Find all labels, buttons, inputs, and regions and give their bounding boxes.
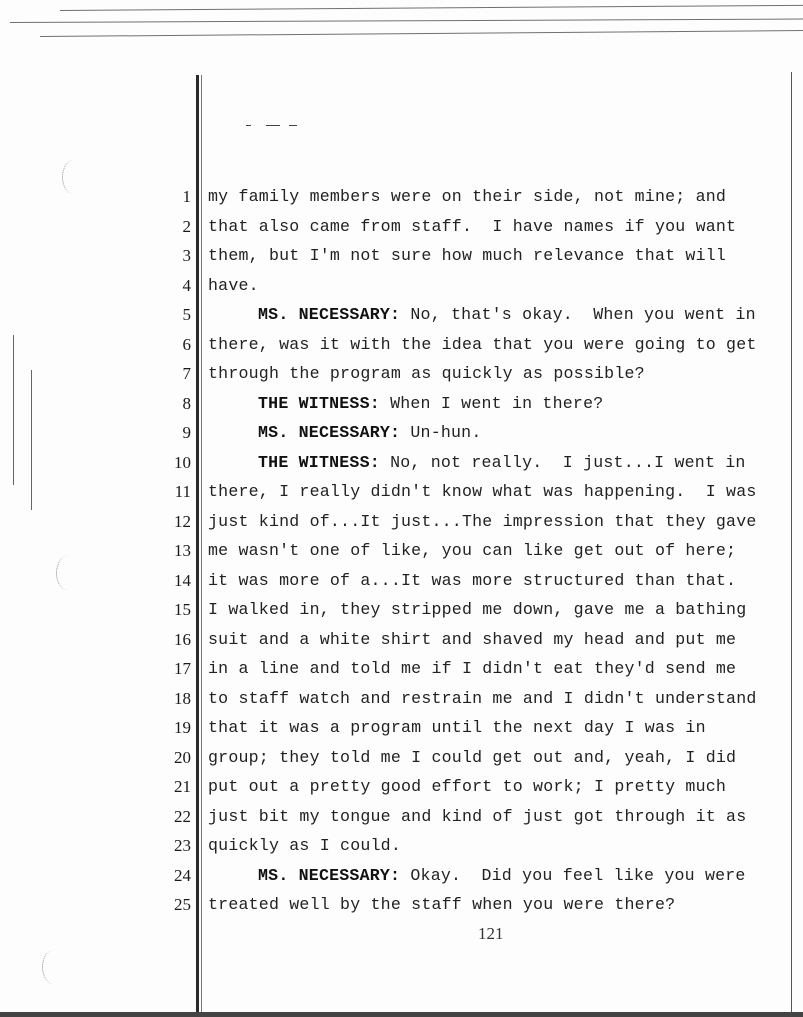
line-number: 19 <box>151 718 191 738</box>
transcript-line: 24MS. NECESSARY: Okay. Did you feel like… <box>0 866 803 892</box>
line-content: put out a pretty good effort to work; I … <box>208 777 726 796</box>
line-text: there, I really didn't know what was hap… <box>208 482 757 501</box>
line-content: Okay. Did you feel like you were <box>400 866 745 885</box>
header-dash <box>266 125 280 126</box>
transcript-line: 7through the program as quickly as possi… <box>0 364 803 390</box>
line-number: 18 <box>151 689 191 709</box>
line-number: 15 <box>151 600 191 620</box>
line-text: MS. NECESSARY: No, that's okay. When you… <box>258 305 756 324</box>
binder-hole-mark <box>42 950 65 984</box>
line-text: through the program as quickly as possib… <box>208 364 645 383</box>
line-content: group; they told me I could get out and,… <box>208 748 736 767</box>
line-content: No, not really. I just...I went in <box>380 453 746 472</box>
line-text: them, but I'm not sure how much relevanc… <box>208 246 726 265</box>
transcript-line: 3them, but I'm not sure how much relevan… <box>0 246 803 272</box>
transcript-line: 15I walked in, they stripped me down, ga… <box>0 600 803 626</box>
line-text: I walked in, they stripped me down, gave… <box>208 600 746 619</box>
line-number: 25 <box>151 895 191 915</box>
line-number: 14 <box>151 571 191 591</box>
line-content: quickly as I could. <box>208 836 401 855</box>
line-content: them, but I'm not sure how much relevanc… <box>208 246 726 265</box>
line-content: that it was a program until the next day… <box>208 718 706 737</box>
speaker-label: THE WITNESS: <box>258 453 380 472</box>
line-content: in a line and told me if I didn't eat th… <box>208 659 736 678</box>
line-text: it was more of a...It was more structure… <box>208 571 736 590</box>
line-number: 6 <box>151 335 191 355</box>
scan-artifact-line <box>40 30 803 37</box>
line-text: THE WITNESS: When I went in there? <box>258 394 603 413</box>
line-text: MS. NECESSARY: Un-hun. <box>258 423 481 442</box>
line-content: just kind of...It just...The impression … <box>208 512 757 531</box>
line-content: me wasn't one of like, you can like get … <box>208 541 736 560</box>
transcript-line: 25treated well by the staff when you wer… <box>0 895 803 921</box>
line-text: my family members were on their side, no… <box>208 187 726 206</box>
speaker-label: MS. NECESSARY: <box>258 305 400 324</box>
line-content: Un-hun. <box>400 423 481 442</box>
line-number: 2 <box>151 217 191 237</box>
scan-artifact-line <box>60 5 803 11</box>
line-text: just kind of...It just...The impression … <box>208 512 757 531</box>
transcript-line: 9MS. NECESSARY: Un-hun. <box>0 423 803 449</box>
line-number: 7 <box>151 364 191 384</box>
line-text: group; they told me I could get out and,… <box>208 748 736 767</box>
line-content: there, was it with the idea that you wer… <box>208 335 757 354</box>
speaker-label: MS. NECESSARY: <box>258 866 400 885</box>
line-content: just bit my tongue and kind of just got … <box>208 807 746 826</box>
transcript-line: 2that also came from staff. I have names… <box>0 217 803 243</box>
line-text: there, was it with the idea that you wer… <box>208 335 757 354</box>
line-number: 22 <box>151 807 191 827</box>
transcript-line: 12just kind of...It just...The impressio… <box>0 512 803 538</box>
line-text: me wasn't one of like, you can like get … <box>208 541 736 560</box>
line-number: 20 <box>151 748 191 768</box>
transcript-line: 14it was more of a...It was more structu… <box>0 571 803 597</box>
line-text: to staff watch and restrain me and I did… <box>208 689 757 708</box>
line-number: 9 <box>151 423 191 443</box>
transcript-line: 21put out a pretty good effort to work; … <box>0 777 803 803</box>
line-number: 13 <box>151 541 191 561</box>
transcript-line: 13me wasn't one of like, you can like ge… <box>0 541 803 567</box>
line-text: just bit my tongue and kind of just got … <box>208 807 746 826</box>
line-text: THE WITNESS: No, not really. I just...I … <box>258 453 746 472</box>
line-text: quickly as I could. <box>208 836 401 855</box>
page-number: 121 <box>478 924 504 944</box>
line-content: treated well by the staff when you were … <box>208 895 675 914</box>
line-number: 21 <box>151 777 191 797</box>
line-text: have. <box>208 276 259 295</box>
line-number: 17 <box>151 659 191 679</box>
line-number: 16 <box>151 630 191 650</box>
bottom-page-edge <box>0 1012 803 1017</box>
line-text: put out a pretty good effort to work; I … <box>208 777 726 796</box>
line-number: 12 <box>151 512 191 532</box>
transcript-line: 17in a line and told me if I didn't eat … <box>0 659 803 685</box>
line-number: 3 <box>151 246 191 266</box>
line-number: 1 <box>151 187 191 207</box>
line-content: through the program as quickly as possib… <box>208 364 645 383</box>
line-number: 5 <box>151 305 191 325</box>
line-text: suit and a white shirt and shaved my hea… <box>208 630 736 649</box>
line-content: I walked in, they stripped me down, gave… <box>208 600 746 619</box>
line-content: When I went in there? <box>380 394 603 413</box>
scan-artifact-line <box>10 19 803 23</box>
line-content: suit and a white shirt and shaved my hea… <box>208 630 736 649</box>
speaker-label: MS. NECESSARY: <box>258 423 400 442</box>
line-number: 11 <box>151 482 191 502</box>
transcript-line: 11there, I really didn't know what was h… <box>0 482 803 508</box>
line-content: that also came from staff. I have names … <box>208 217 736 236</box>
transcript-line: 10THE WITNESS: No, not really. I just...… <box>0 453 803 479</box>
line-text: that also came from staff. I have names … <box>208 217 736 236</box>
transcript-line: 22just bit my tongue and kind of just go… <box>0 807 803 833</box>
transcript-line: 20group; they told me I could get out an… <box>0 748 803 774</box>
transcript-line: 18to staff watch and restrain me and I d… <box>0 689 803 715</box>
speaker-label: THE WITNESS: <box>258 394 380 413</box>
line-number: 8 <box>151 394 191 414</box>
transcript-line: 1my family members were on their side, n… <box>0 187 803 213</box>
header-dash <box>246 125 251 126</box>
transcript-line: 8THE WITNESS: When I went in there? <box>0 394 803 420</box>
transcript-line: 6there, was it with the idea that you we… <box>0 335 803 361</box>
line-content: No, that's okay. When you went in <box>400 305 756 324</box>
line-number: 4 <box>151 276 191 296</box>
transcript-line: 4have. <box>0 276 803 302</box>
line-text: treated well by the staff when you were … <box>208 895 675 914</box>
line-number: 23 <box>151 836 191 856</box>
line-text: MS. NECESSARY: Okay. Did you feel like y… <box>258 866 746 885</box>
line-number: 24 <box>151 866 191 886</box>
line-number: 10 <box>151 453 191 473</box>
line-text: that it was a program until the next day… <box>208 718 706 737</box>
transcript-line: 19that it was a program until the next d… <box>0 718 803 744</box>
header-dash <box>289 125 297 126</box>
transcript-line: 23quickly as I could. <box>0 836 803 862</box>
line-content: to staff watch and restrain me and I did… <box>208 689 757 708</box>
line-text: in a line and told me if I didn't eat th… <box>208 659 736 678</box>
line-content: have. <box>208 276 259 295</box>
transcript-line: 16suit and a white shirt and shaved my h… <box>0 630 803 656</box>
transcript-line: 5MS. NECESSARY: No, that's okay. When yo… <box>0 305 803 331</box>
line-content: it was more of a...It was more structure… <box>208 571 736 590</box>
line-content: my family members were on their side, no… <box>208 187 726 206</box>
line-content: there, I really didn't know what was hap… <box>208 482 757 501</box>
